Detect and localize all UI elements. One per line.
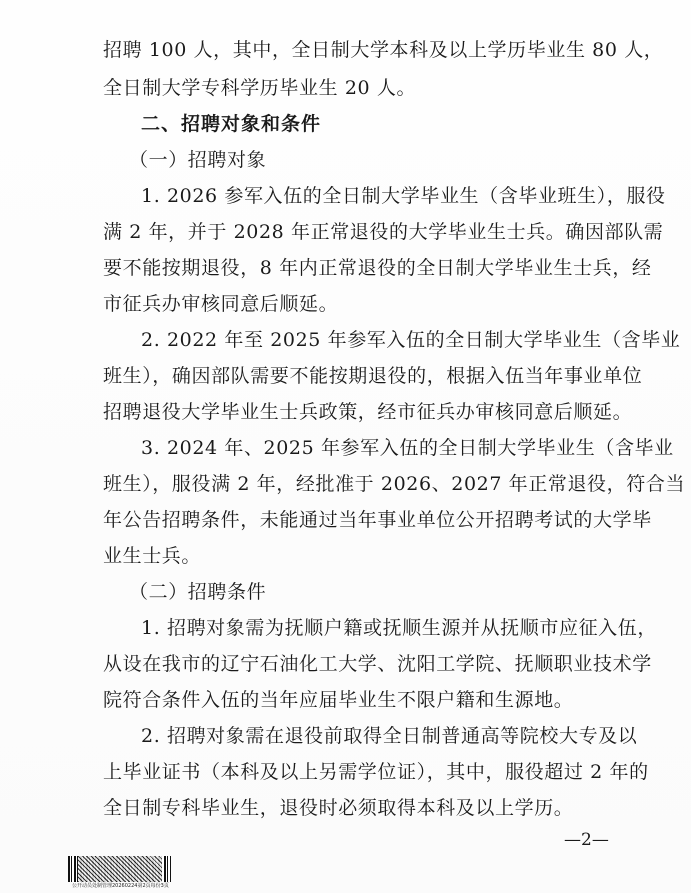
body-line: 班生），确因部队需要不能按期退役的，根据入伍当年事业单位 [103, 364, 633, 388]
body-line: 年公告招聘条件，未能通过当年事业单位公开招聘考试的大学毕 [103, 508, 633, 532]
body-line: 要不能按期退役，8 年内正常退役的全日制大学毕业生士兵，经 [103, 256, 633, 280]
body-line: 满 2 年，并于 2028 年正常退役的大学毕业生士兵。确因部队需 [103, 220, 633, 244]
barcode-icon [68, 856, 171, 882]
body-line: 上毕业证书（本科及以上另需学位证），其中，服役超过 2 年的 [103, 760, 633, 784]
body-line: 从设在我市的辽宁石油化工大学、沈阳工学院、抚顺职业技术学 [103, 652, 633, 676]
body-line: 院符合条件入伍的当年应届毕业生不限户籍和生源地。 [103, 688, 633, 712]
body-line: 招聘 100 人，其中，全日制大学本科及以上学历毕业生 80 人， [103, 38, 633, 62]
paragraph-line: 2. 2022 年至 2025 年参军入伍的全日制大学毕业生（含毕业 [141, 328, 633, 352]
body-line: 市征兵办审核同意后顺延。 [103, 292, 633, 316]
subsection-heading: （二）招聘条件 [129, 580, 659, 604]
paragraph-line: 1. 招聘对象需为抚顺户籍或抚顺生源并从抚顺市应征入伍， [141, 616, 633, 640]
body-line: 班生），服役满 2 年，经批准于 2026、2027 年正常退役，符合当 [103, 472, 633, 496]
paragraph-line: 3. 2024 年、2025 年参军入伍的全日制大学毕业生（含毕业 [141, 436, 633, 460]
page-number: —2— [564, 830, 609, 850]
paragraph-line: 2. 招聘对象需在退役前取得全日制普通高等院校大专及以 [141, 724, 633, 748]
body-line: 全日制大学专科学历毕业生 20 人。 [103, 76, 633, 100]
body-line: 招聘退役大学毕业生士兵政策，经市征兵办审核同意后顺延。 [103, 400, 633, 424]
section-heading: 二、招聘对象和条件 [141, 112, 633, 136]
paragraph-line: 1. 2026 参军入伍的全日制大学毕业生（含毕业班生），服役 [141, 184, 633, 208]
subsection-heading: （一）招聘对象 [129, 148, 659, 172]
body-line: 业生士兵。 [103, 544, 633, 568]
document-page: 招聘 100 人，其中，全日制大学本科及以上学历毕业生 80 人， 全日制大学专… [0, 0, 691, 893]
body-line: 全日制专科毕业生，退役时必须取得本科及以上学历。 [103, 796, 633, 820]
barcode-pattern [78, 856, 162, 882]
barcode-caption: 公开动员处制管理20260224第2页每份3页 [72, 882, 169, 889]
